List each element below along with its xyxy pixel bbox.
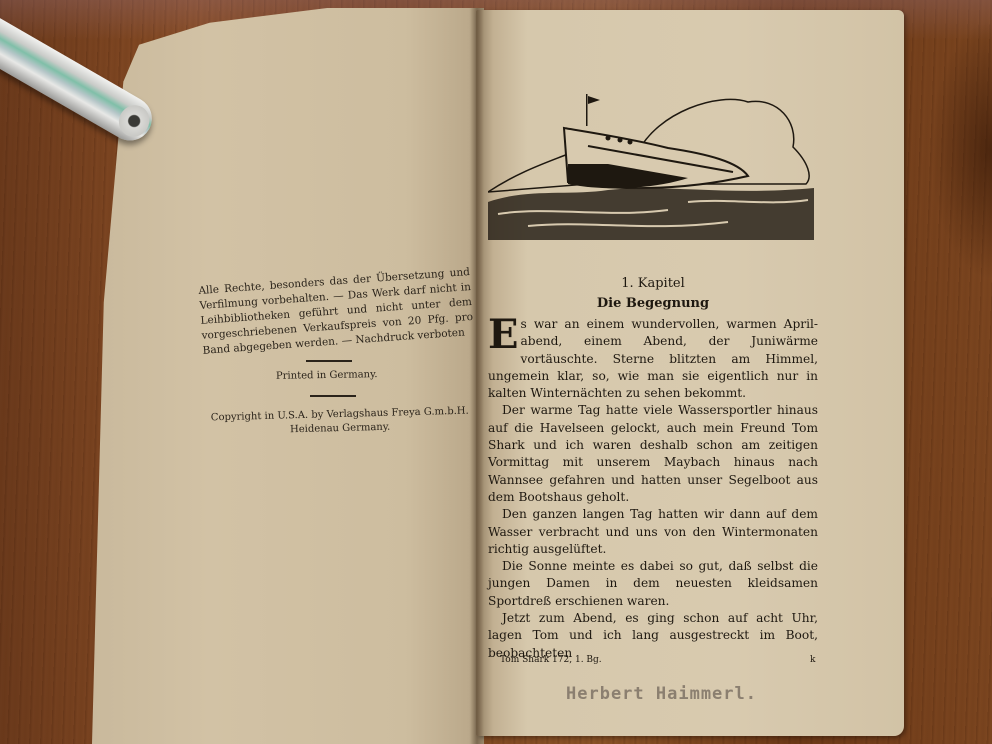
paragraph: Die Sonne meinte es dabei so gut, daß se… (488, 558, 818, 610)
paragraph: Den ganzen langen Tag hatten wir dann au… (488, 506, 818, 558)
boat-illustration-icon (488, 92, 814, 240)
chapter-title: Die Begegnung (488, 296, 818, 311)
dropcap: E (488, 318, 519, 352)
chapter-number: 1. Kapitel (488, 276, 818, 291)
printed-in-germany: Printed in Germany. (276, 369, 378, 382)
owner-stamp: Herbert Haimmerl. (566, 684, 757, 704)
divider (310, 395, 356, 397)
paragraph: Es war an einem wundervollen, warmen Apr… (488, 316, 818, 402)
book-gutter (470, 8, 484, 744)
paragraph: Der warme Tag hatte viele Wassersportler… (488, 402, 818, 506)
printer-signature: Tom Shark 172, 1. Bg. (500, 655, 602, 665)
divider (306, 360, 352, 362)
wood-grain-knot (930, 20, 992, 280)
chapter-body: Es war an einem wundervollen, warmen Apr… (488, 316, 818, 662)
signature-mark: k (810, 655, 815, 665)
